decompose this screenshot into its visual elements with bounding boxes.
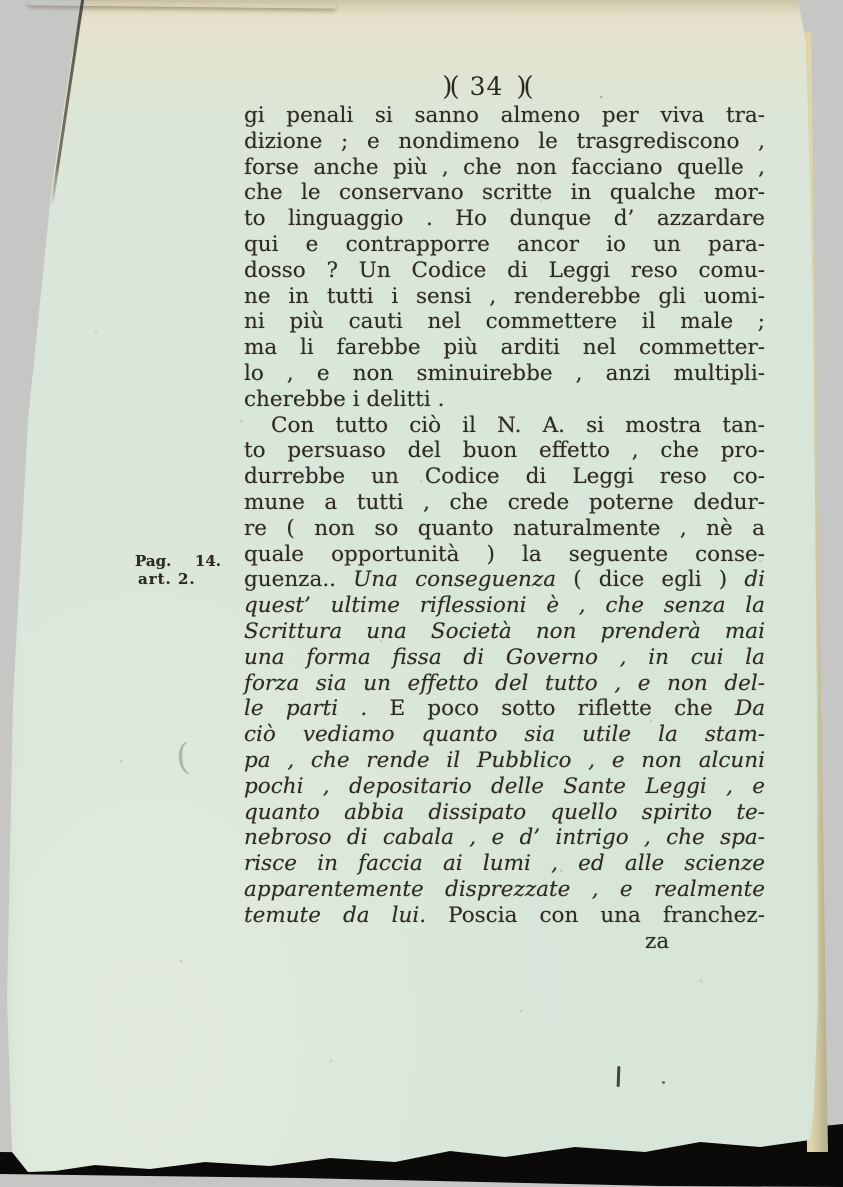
margin-note-pag: Pag. — [135, 552, 171, 570]
text-line: durrebbe un Codice di Leggi reso co- — [244, 464, 765, 490]
margin-note-line1: Pag. 14. — [135, 552, 221, 570]
body-text: gi penali si sanno almeno per viva tra- — [244, 103, 765, 128]
text-line: pochi , depositario delle Sante Leggi , … — [244, 774, 765, 800]
body-text: Poscia con una franchez- — [448, 903, 765, 928]
body-text: ni più cauti nel commettere il male ; — [244, 309, 765, 334]
quoted-italic-text: pochi , depositario delle Sante Leggi , … — [244, 774, 765, 799]
body-text: lo , e non sminuirebbe , anzi multipli- — [244, 361, 765, 386]
text-line: Con tutto ciò il N. A. si mostra tan- — [244, 413, 765, 439]
page-header: )(34)( — [244, 72, 765, 102]
text-line: forse anche più , che non facciano quell… — [244, 155, 765, 181]
page-number: 34 — [470, 72, 504, 101]
paper-specks — [0, 0, 2, 2]
quoted-italic-text: ciò vediamo quanto sia utile la stam- — [244, 722, 765, 747]
quoted-italic-text: Scrittura una Società non prenderà mai — [244, 619, 765, 644]
body-text: E poco sotto riflette che — [389, 696, 735, 721]
text-line: dosso ? Un Codice di Leggi reso comu- — [244, 258, 765, 284]
text-line: le parti . E poco sotto riflette che Da — [244, 696, 765, 722]
pen-mark: ( — [175, 740, 192, 777]
text-line: ne in tutti i sensi , renderebbe gli uom… — [244, 284, 765, 310]
body-text: to linguaggio . Ho dunque d’ azzardare — [244, 206, 765, 231]
text-line: una forma fissa di Governo , in cui la — [244, 645, 765, 671]
quoted-italic-text: quest’ ultime riflessioni è , che senza … — [244, 593, 765, 618]
body-text: che le conservano scritte in qualche mor… — [244, 180, 765, 205]
body-text: quale opportunità ) la seguente conse- — [244, 542, 765, 567]
text-line: quanto abbia dissipato quello spirito te… — [244, 800, 765, 826]
ink-stray-dot — [662, 1081, 665, 1084]
quoted-italic-text: le parti . — [244, 696, 389, 721]
body-text: durrebbe un Codice di Leggi reso co- — [244, 464, 765, 489]
body-text: ma li farebbe più arditi nel commetter- — [244, 335, 765, 360]
text-line: apparentemente disprezzate , e realmente — [244, 877, 765, 903]
body-text: guenza.. — [244, 567, 353, 592]
body-text: ( dice egli ) — [573, 567, 744, 592]
header-left-ornament: )( — [442, 72, 456, 102]
text-line: risce in faccia ai lumi , ed alle scienz… — [244, 851, 765, 877]
text-block: gi penali si sanno almeno per viva tra-d… — [244, 103, 765, 929]
quoted-italic-text: risce in faccia ai lumi , ed alle scienz… — [244, 851, 765, 876]
quoted-italic-text: di — [744, 567, 765, 592]
quoted-italic-text: temute da lui. — [244, 903, 448, 928]
quoted-italic-text: Da — [735, 696, 765, 721]
body-text: Con tutto ciò il N. A. si mostra tan- — [271, 413, 765, 438]
body-text: cherebbe i delitti . — [244, 387, 444, 412]
text-line: gi penali si sanno almeno per viva tra- — [244, 103, 765, 129]
quoted-italic-text: quanto abbia dissipato quello spirito te… — [244, 800, 765, 825]
body-text: qui e contrapporre ancor io un para- — [244, 232, 765, 257]
text-line: che le conservano scritte in qualche mor… — [244, 180, 765, 206]
text-line: quest’ ultime riflessioni è , che senza … — [244, 593, 765, 619]
body-text: to persuaso del buon effetto , che pro- — [244, 438, 765, 463]
text-line: qui e contrapporre ancor io un para- — [244, 232, 765, 258]
body-text: dizione ; e nondimeno le trasgrediscono … — [244, 129, 765, 154]
quoted-italic-text: pa , che rende il Pubblico , e non alcun… — [244, 748, 765, 773]
margin-note: Pag. 14. art. 2. — [135, 552, 221, 588]
text-line: forza sia un effetto del tutto , e non d… — [244, 671, 765, 697]
text-line: guenza.. Una conseguenza ( dice egli ) d… — [244, 567, 765, 593]
scanned-book-page: )(34)( Pag. 14. art. 2. gi penali si san… — [0, 0, 843, 1187]
text-line: quale opportunità ) la seguente conse- — [244, 542, 765, 568]
quoted-italic-text: apparentemente disprezzate , e realmente — [244, 877, 765, 902]
text-line: Scrittura una Società non prenderà mai — [244, 619, 765, 645]
text-line: dizione ; e nondimeno le trasgrediscono … — [244, 129, 765, 155]
text-line: to persuaso del buon effetto , che pro- — [244, 438, 765, 464]
body-text: dosso ? Un Codice di Leggi reso comu- — [244, 258, 765, 283]
text-line: temute da lui. Poscia con una franchez- — [244, 903, 765, 929]
text-line: nebroso di cabala , e d’ intrigo , che s… — [244, 825, 765, 851]
quoted-italic-text: forza sia un effetto del tutto , e non d… — [244, 671, 765, 696]
text-line: ma li farebbe più arditi nel commetter- — [244, 335, 765, 361]
text-line: re ( non so quanto naturalmente , nè a — [244, 516, 765, 542]
catchword: za — [645, 929, 685, 954]
body-text: re ( non so quanto naturalmente , nè a — [244, 516, 765, 541]
text-line: ni più cauti nel commettere il male ; — [244, 309, 765, 335]
text-line: lo , e non sminuirebbe , anzi multipli- — [244, 361, 765, 387]
body-text: ne in tutti i sensi , renderebbe gli uom… — [244, 284, 765, 309]
body-text: forse anche più , che non facciano quell… — [244, 155, 765, 180]
text-line: ciò vediamo quanto sia utile la stam- — [244, 722, 765, 748]
text-line: to linguaggio . Ho dunque d’ azzardare — [244, 206, 765, 232]
quoted-italic-text: una forma fissa di Governo , in cui la — [244, 645, 765, 670]
text-line: mune a tutti , che crede poterne dedur- — [244, 490, 765, 516]
margin-note-pagenum: 14. — [195, 552, 221, 570]
header-right-ornament: )( — [516, 72, 530, 102]
text-line: cherebbe i delitti . — [244, 387, 765, 413]
quoted-italic-text: Una conseguenza — [353, 567, 573, 592]
margin-note-line2: art. 2. — [135, 570, 221, 588]
body-text: mune a tutti , che crede poterne dedur- — [244, 490, 765, 515]
quoted-italic-text: nebroso di cabala , e d’ intrigo , che s… — [244, 825, 765, 850]
text-line: pa , che rende il Pubblico , e non alcun… — [244, 748, 765, 774]
